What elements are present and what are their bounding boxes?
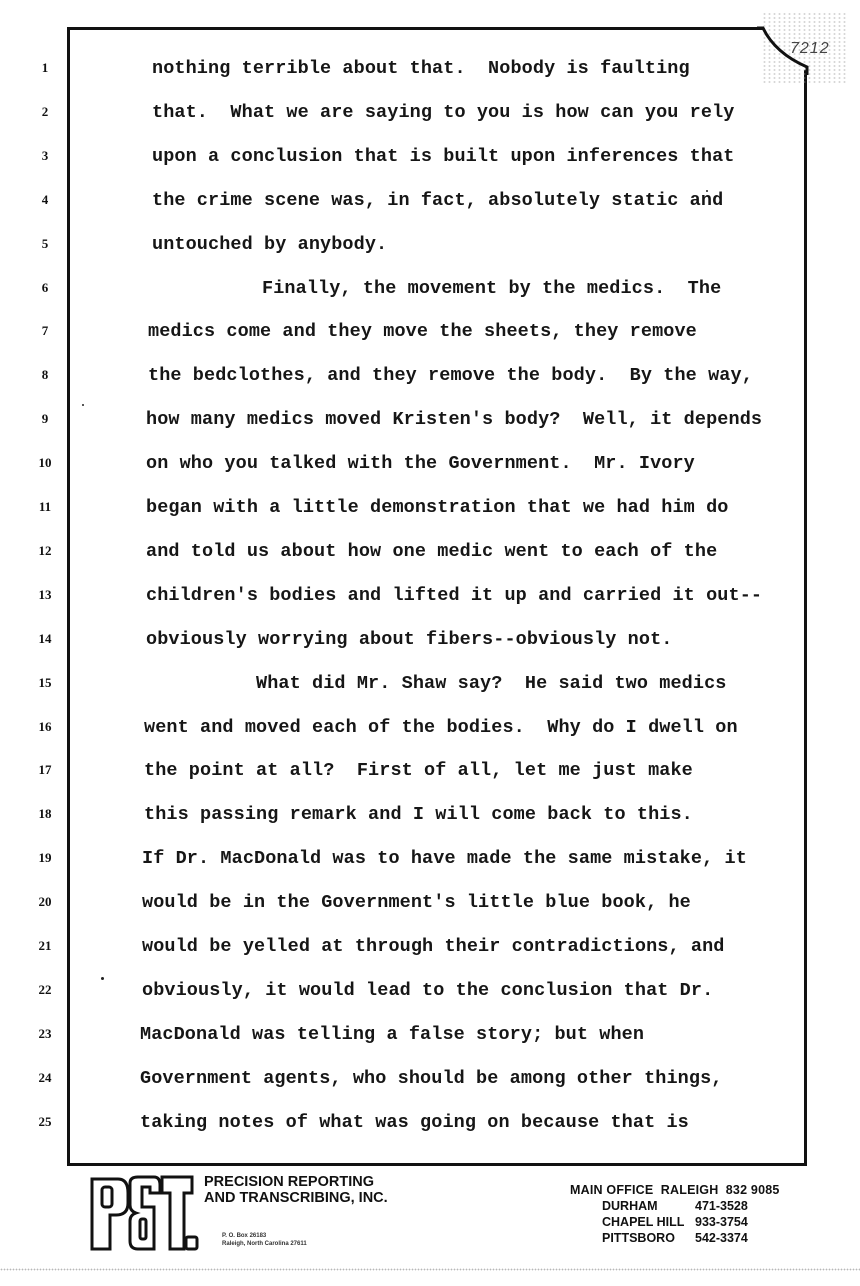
page-number: 7212 — [790, 40, 830, 58]
company-name-line1: PRECISION REPORTING — [204, 1174, 374, 1190]
transcript-line: children's bodies and lifted it up and c… — [146, 585, 762, 606]
transcript-line: Government agents, who should be among o… — [140, 1068, 723, 1089]
line-number: 3 — [28, 148, 62, 164]
line-number: 15 — [28, 675, 62, 691]
line-number: 7 — [28, 323, 62, 339]
transcript-line: Finally, the movement by the medics. The — [150, 278, 721, 299]
line-number: 4 — [28, 192, 62, 208]
office-row: PITTSBORO542-3374 — [602, 1230, 780, 1246]
line-number: 9 — [28, 411, 62, 427]
line-number: 5 — [28, 236, 62, 252]
company-name-line2: AND TRANSCRIBING, INC. — [204, 1190, 388, 1206]
transcript-line: obviously worrying about fibers--obvious… — [146, 629, 673, 650]
line-number: 10 — [28, 455, 62, 471]
line-number: 22 — [28, 982, 62, 998]
transcript-line: the crime scene was, in fact, absolutely… — [152, 190, 723, 211]
po-box-address: P. O. Box 26183Raleigh, North Carolina 2… — [222, 1232, 307, 1248]
transcript-line: would be in the Government's little blue… — [142, 892, 691, 913]
pt-logo — [88, 1173, 200, 1255]
transcript-line: What did Mr. Shaw say? He said two medic… — [144, 673, 727, 694]
transcript-line: untouched by anybody. — [152, 234, 387, 255]
transcript-line: If Dr. MacDonald was to have made the sa… — [142, 848, 747, 869]
office-phone: 542-3374 — [695, 1230, 748, 1246]
office-directory: MAIN OFFICE RALEIGH 832 9085 DURHAM471-3… — [570, 1182, 780, 1246]
po-box: P. O. Box 26183 — [222, 1233, 266, 1239]
po-city: Raleigh, North Carolina 27611 — [222, 1241, 307, 1247]
transcript-line: this passing remark and I will come back… — [144, 804, 693, 825]
line-number: 20 — [28, 894, 62, 910]
transcript-line: would be yelled at through their contrad… — [142, 936, 725, 957]
scan-speck — [101, 977, 104, 980]
transcript-line: the point at all? First of all, let me j… — [144, 760, 693, 781]
line-number: 25 — [28, 1114, 62, 1130]
transcript-line: and told us about how one medic went to … — [146, 541, 717, 562]
transcript-line: nothing terrible about that. Nobody is f… — [152, 58, 690, 79]
line-number: 12 — [28, 543, 62, 559]
line-number: 19 — [28, 850, 62, 866]
line-number: 13 — [28, 587, 62, 603]
scan-speck — [706, 190, 708, 192]
transcript-line: on who you talked with the Government. M… — [146, 453, 695, 474]
transcript-line: began with a little demonstration that w… — [146, 497, 729, 518]
scan-edge-noise — [0, 1268, 860, 1271]
transcript-line: upon a conclusion that is built upon inf… — [152, 146, 735, 167]
transcript-line: that. What we are saying to you is how c… — [152, 102, 735, 123]
line-number: 23 — [28, 1026, 62, 1042]
transcript-line: how many medics moved Kristen's body? We… — [146, 409, 762, 430]
line-number: 24 — [28, 1070, 62, 1086]
line-number: 11 — [28, 499, 62, 515]
transcript-line: the bedclothes, and they remove the body… — [148, 365, 753, 386]
office-row: CHAPEL HILL933-3754 — [602, 1214, 780, 1230]
main-office: MAIN OFFICE RALEIGH 832 9085 — [570, 1182, 780, 1198]
line-number: 21 — [28, 938, 62, 954]
transcript-line: medics come and they move the sheets, th… — [148, 321, 697, 342]
office-phone: 471-3528 — [695, 1198, 748, 1214]
office-city: DURHAM — [602, 1198, 695, 1214]
transcript-line: taking notes of what was going on becaus… — [140, 1112, 689, 1133]
transcript-line: MacDonald was telling a false story; but… — [140, 1024, 644, 1045]
line-number: 8 — [28, 367, 62, 383]
line-number: 18 — [28, 806, 62, 822]
line-number: 14 — [28, 631, 62, 647]
scan-speck — [82, 404, 84, 406]
line-number: 16 — [28, 719, 62, 735]
line-number: 6 — [28, 280, 62, 296]
office-phone: 933-3754 — [695, 1214, 748, 1230]
line-number: 2 — [28, 104, 62, 120]
office-city: PITTSBORO — [602, 1230, 695, 1246]
office-city: CHAPEL HILL — [602, 1214, 695, 1230]
line-number: 17 — [28, 762, 62, 778]
office-row: DURHAM471-3528 — [602, 1198, 780, 1214]
transcript-line: obviously, it would lead to the conclusi… — [142, 980, 713, 1001]
company-name: PRECISION REPORTINGAND TRANSCRIBING, INC… — [204, 1174, 388, 1206]
transcript-line: went and moved each of the bodies. Why d… — [144, 717, 738, 738]
line-number: 1 — [28, 60, 62, 76]
